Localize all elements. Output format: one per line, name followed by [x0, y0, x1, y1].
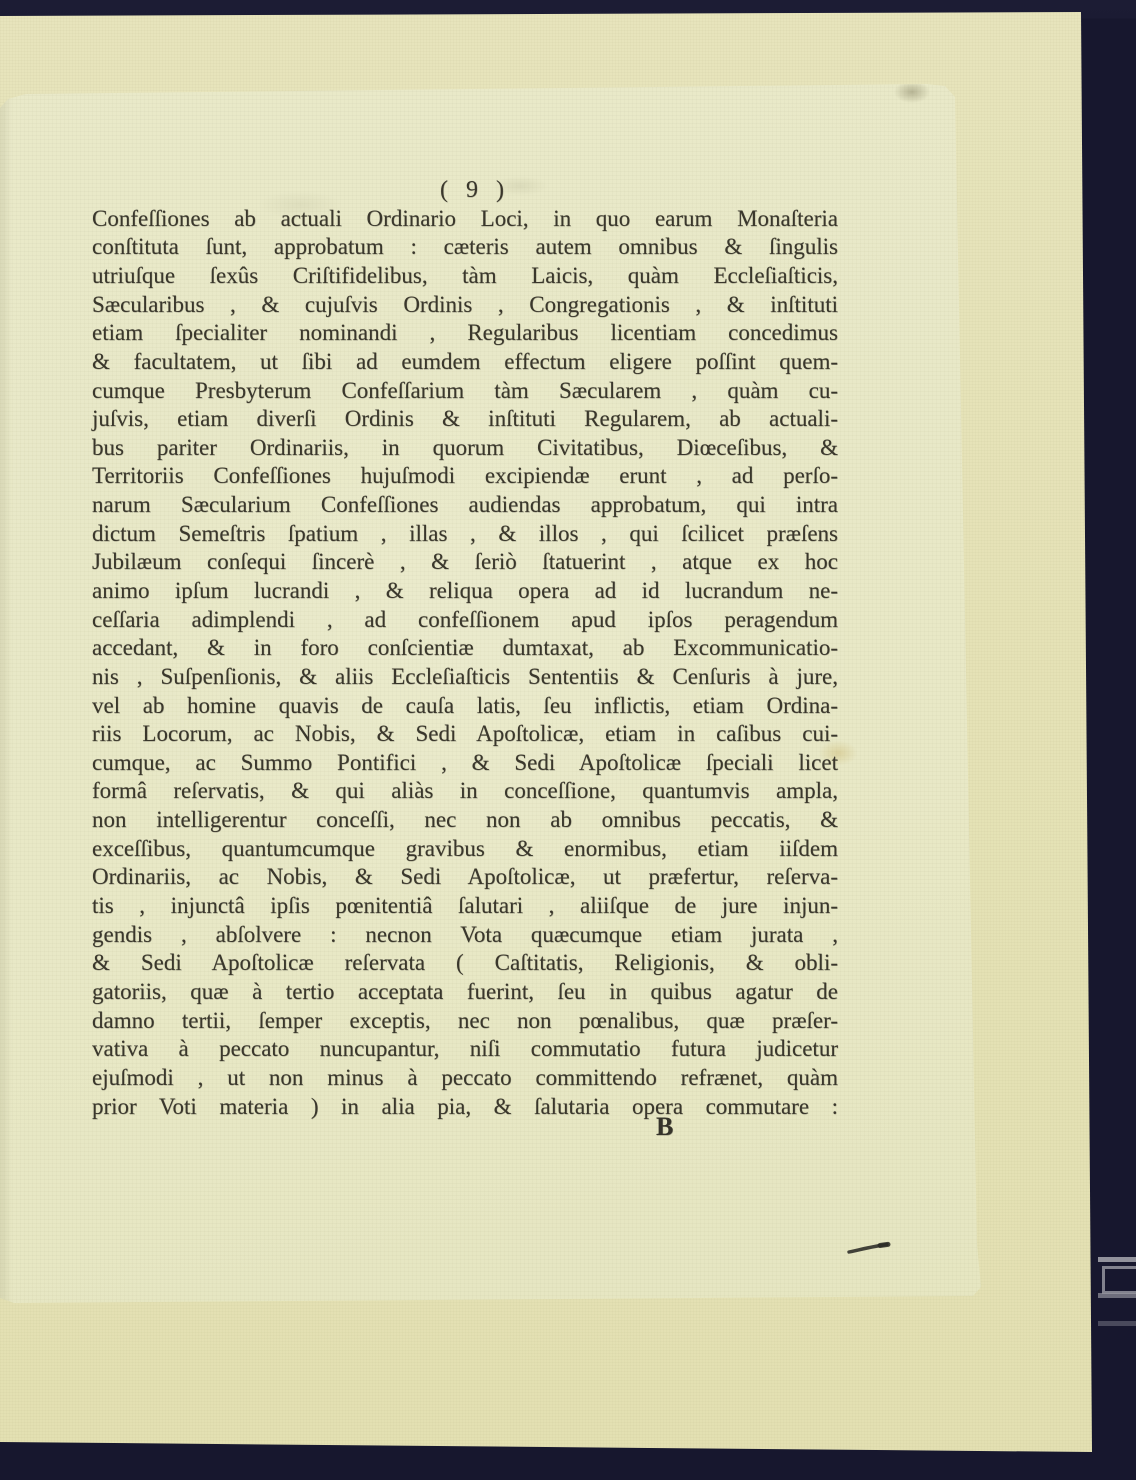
text-line: vel ab homine quavis de cauſa latis, ſeu… — [92, 692, 838, 721]
text-line: Jubilæum conſequi ſincerè , & ſeriò ſtat… — [92, 548, 838, 577]
text-line: damno tertii, ſemper exceptis, nec non p… — [92, 1007, 838, 1036]
text-line: & Sedi Apoſtolicæ reſervata ( Caſtitatis… — [92, 949, 838, 978]
text-line: tis , injunctâ ipſis pœnitentiâ ſalutari… — [92, 892, 838, 921]
text-line: & facultatem, ut ſibi ad eumdem effectum… — [92, 348, 838, 377]
text-line: etiam ſpecialiter nominandi , Regularibu… — [92, 319, 838, 348]
catchword: B — [656, 1112, 686, 1142]
binding-marker-bar — [1098, 1257, 1136, 1262]
text-line: riis Locorum, ac Nobis, & Sedi Apoſtolic… — [92, 720, 838, 749]
text-line: animo ipſum lucrandi , & reliqua opera a… — [92, 577, 838, 606]
text-line: gatoriis, quæ à tertio acceptata fuerint… — [92, 978, 838, 1007]
page-number: ( 9 ) — [102, 176, 848, 205]
text-line: Territoriis Confeſſiones hujuſmodi excip… — [92, 462, 838, 491]
text-line: nis , Suſpenſionis, & aliis Eccleſiaſtic… — [92, 663, 838, 692]
text-line: Confeſſiones ab actuali Ordinario Loci, … — [92, 205, 838, 234]
text-line: non intelligerentur conceſſi, nec non ab… — [92, 806, 838, 835]
binding-marker-bar — [1098, 1293, 1136, 1298]
text-line: juſvis, etiam diverſi Ordinis & inſtitut… — [92, 405, 838, 434]
text-line: dictum Semeſtris ſpatium , illas , & ill… — [92, 520, 838, 549]
text-line: exceſſibus, quantumcumque gravibus & eno… — [92, 835, 838, 864]
text-line: ejuſmodi , ut non minus à peccato commit… — [92, 1064, 838, 1093]
text-line: utriuſque ſexûs Criſtifidelibus, tàm Lai… — [92, 262, 838, 291]
text-line: bus pariter Ordinariis, in quorum Civita… — [92, 434, 838, 463]
binding-marker-bar — [1098, 1321, 1136, 1326]
text-line: Ordinariis, ac Nobis, & Sedi Apoſtolicæ,… — [92, 863, 838, 892]
text-line: accedant, & in foro conſcientiæ dumtaxat… — [92, 634, 838, 663]
binding-marker — [1098, 1257, 1136, 1329]
text-block: ( 9 ) Confeſſiones ab actuali Ordinario … — [92, 176, 838, 1121]
text-line: Sæcularibus , & cujuſvis Ordinis , Congr… — [92, 291, 838, 320]
pen-dash-mark — [846, 1240, 892, 1258]
text-line: formâ reſervatis, & qui aliàs in conceſſ… — [92, 777, 838, 806]
text-line: cumque Presbyterum Confeſſarium tàm Sæcu… — [92, 377, 838, 406]
text-line: conſtituta ſunt, approbatum : cæteris au… — [92, 233, 838, 262]
binding-marker-frame — [1102, 1266, 1136, 1294]
text-line: cumque, ac Summo Pontifici , & Sedi Apoſ… — [92, 749, 838, 778]
text-line: ceſſaria adimplendi , ad confeſſionem ap… — [92, 606, 838, 635]
text-line: narum Sæcularium Confeſſiones audiendas … — [92, 491, 838, 520]
text-line: vativa à peccato nuncupantur, niſi commu… — [92, 1035, 838, 1064]
text-line: prior Voti materia ) in alia pia, & ſalu… — [92, 1093, 838, 1122]
scanned-book-photo: ( 9 ) Confeſſiones ab actuali Ordinario … — [0, 0, 1136, 1480]
text-line: gendis , abſolvere : necnon Vota quæcumq… — [92, 921, 838, 950]
